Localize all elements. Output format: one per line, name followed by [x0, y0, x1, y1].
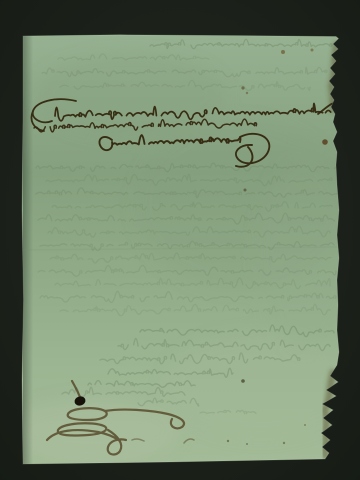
paper-sheet	[10, 35, 355, 464]
foxing-spot	[311, 49, 314, 52]
foxing-spot	[227, 440, 229, 442]
foxing-spot	[246, 92, 248, 94]
manuscript-photograph	[0, 0, 360, 480]
foxing-spot	[241, 379, 245, 383]
foxing-spot	[283, 442, 285, 444]
manuscript-canvas	[0, 0, 360, 480]
foxing-spot	[281, 50, 285, 54]
foxing-spot	[246, 443, 248, 445]
foxing-spot	[244, 189, 247, 192]
foxing-spot	[322, 139, 328, 145]
foxing-spot	[304, 424, 306, 426]
foxing-spot	[241, 86, 244, 89]
